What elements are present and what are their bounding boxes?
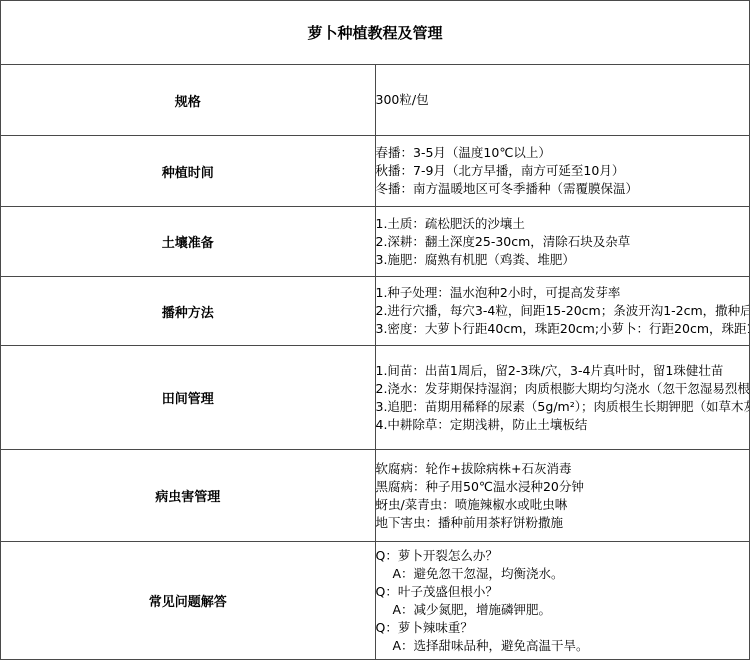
content-line: 蚜虫/菜青虫：喷施辣椒水或吡虫啉: [376, 496, 750, 514]
content-line: 2.进行穴播，每穴3-4粒，间距15-20cm；条波开沟1-2cm，撒种后覆薄土: [376, 302, 750, 320]
content-line: A：避免忽干忽湿，均衡浇水。: [376, 565, 750, 583]
row-content: 300粒/包: [375, 65, 750, 136]
row-content: 1.间苗：出苗1周后，留2-3珠/穴，3-4片真叶时，留1珠健壮苗2.浇水：发芽…: [375, 346, 750, 450]
table-row: 土壤准备 1.土质：疏松肥沃的沙壤土2.深耕：翻土深度25-30cm，清除石块及…: [1, 207, 750, 277]
content-line: 3.追肥：苗期用稀释的尿素（5g/m²）；肉质根生长期钾肥（如草木灰）促进膨大: [376, 398, 750, 416]
table-row: 病虫害管理 软腐病：轮作+拔除病株+石灰消毒黑腐病：种子用50℃温水浸种20分钟…: [1, 450, 750, 542]
row-label: 规格: [1, 65, 376, 136]
content-line: Q：萝卜开裂怎么办？: [376, 547, 750, 565]
content-line: 3.施肥：腐熟有机肥（鸡粪、堆肥）: [376, 251, 750, 269]
table-row: 常见问题解答 Q：萝卜开裂怎么办？A：避免忽干忽湿，均衡浇水。Q：叶子茂盛但根小…: [1, 542, 750, 660]
table-row: 规格 300粒/包: [1, 65, 750, 136]
content-line: 4.中耕除草：定期浅耕，防止土壤板结: [376, 416, 750, 434]
row-content: 软腐病：轮作+拔除病株+石灰消毒黑腐病：种子用50℃温水浸种20分钟蚜虫/菜青虫…: [375, 450, 750, 542]
table-row: 种植时间 春播：3-5月（温度10℃以上）秋播：7-9月（北方早播，南方可延至1…: [1, 136, 750, 207]
content-line: 3.密度：大萝卜行距40cm，珠距20cm;小萝卜：行距20cm，珠距10cm: [376, 320, 750, 338]
title-row: 萝卜种植教程及管理: [1, 1, 750, 65]
content-line: 软腐病：轮作+拔除病株+石灰消毒: [376, 460, 750, 478]
content-line: 秋播：7-9月（北方早播，南方可延至10月）: [376, 162, 750, 180]
info-table: 萝卜种植教程及管理 规格 300粒/包 种植时间 春播：3-5月（温度10℃以上…: [0, 0, 750, 660]
row-content: Q：萝卜开裂怎么办？A：避免忽干忽湿，均衡浇水。Q：叶子茂盛但根小？A：减少氮肥…: [375, 542, 750, 660]
content-line: 2.深耕：翻土深度25-30cm，清除石块及杂草: [376, 233, 750, 251]
table-row: 播种方法 1.种子处理：温水泡种2小时，可提高发芽率2.进行穴播，每穴3-4粒，…: [1, 277, 750, 346]
content-line: 1.种子处理：温水泡种2小时，可提高发芽率: [376, 284, 750, 302]
row-label: 田间管理: [1, 346, 376, 450]
content-line: 春播：3-5月（温度10℃以上）: [376, 144, 750, 162]
row-label: 常见问题解答: [1, 542, 376, 660]
table-row: 田间管理 1.间苗：出苗1周后，留2-3珠/穴，3-4片真叶时，留1珠健壮苗2.…: [1, 346, 750, 450]
content-line: 1.土质：疏松肥沃的沙壤土: [376, 215, 750, 233]
row-content: 1.种子处理：温水泡种2小时，可提高发芽率2.进行穴播，每穴3-4粒，间距15-…: [375, 277, 750, 346]
content-line: 黑腐病：种子用50℃温水浸种20分钟: [376, 478, 750, 496]
row-content: 春播：3-5月（温度10℃以上）秋播：7-9月（北方早播，南方可延至10月）冬播…: [375, 136, 750, 207]
row-label: 病虫害管理: [1, 450, 376, 542]
row-content: 1.土质：疏松肥沃的沙壤土2.深耕：翻土深度25-30cm，清除石块及杂草3.施…: [375, 207, 750, 277]
content-line: 1.间苗：出苗1周后，留2-3珠/穴，3-4片真叶时，留1珠健壮苗: [376, 362, 750, 380]
content-line: 300粒/包: [376, 91, 750, 109]
content-line: 2.浇水：发芽期保持湿润；肉质根膨大期均匀浇水（忽干忽湿易烈根）；收获前一周减少…: [376, 380, 750, 398]
content-line: Q：萝卜辣味重？: [376, 619, 750, 637]
content-line: A：选择甜味品种，避免高温干旱。: [376, 637, 750, 655]
content-line: Q：叶子茂盛但根小？: [376, 583, 750, 601]
content-line: A：减少氮肥，增施磷钾肥。: [376, 601, 750, 619]
row-label: 种植时间: [1, 136, 376, 207]
row-label: 播种方法: [1, 277, 376, 346]
row-label: 土壤准备: [1, 207, 376, 277]
content-line: 冬播：南方温暖地区可冬季播种（需覆膜保温）: [376, 180, 750, 198]
document-title: 萝卜种植教程及管理: [1, 1, 750, 65]
content-line: 地下害虫：播种前用茶籽饼粉撒施: [376, 514, 750, 532]
